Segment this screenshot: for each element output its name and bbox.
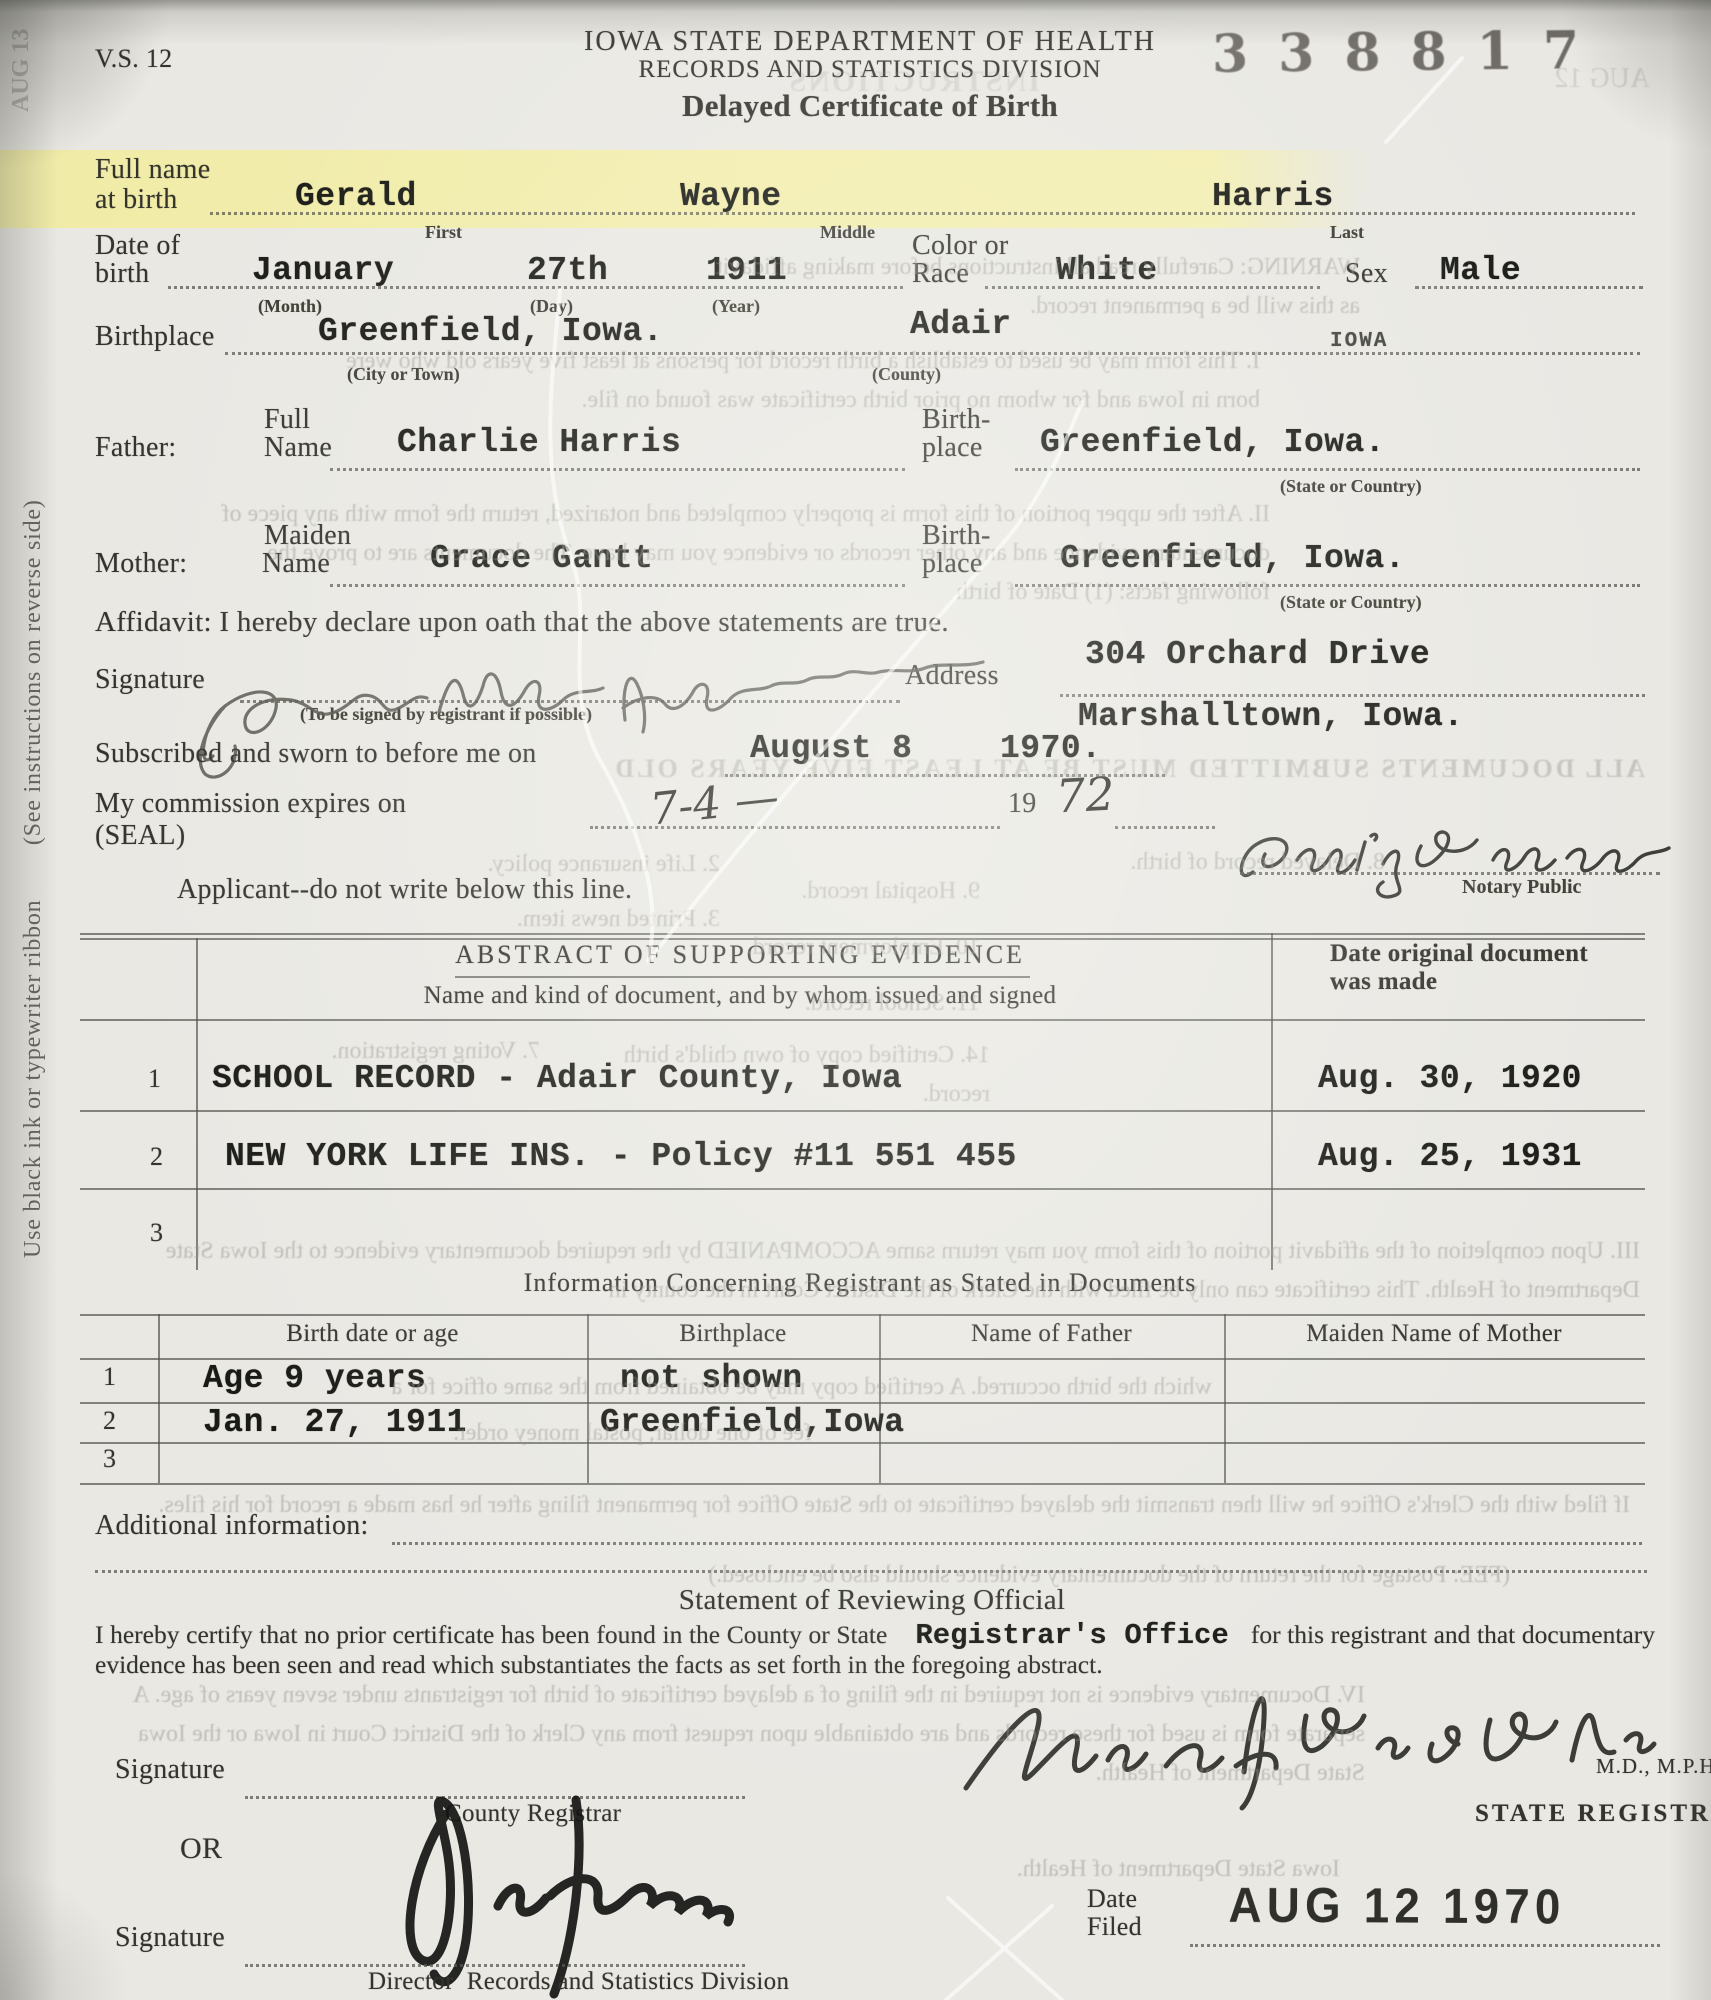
abstract-row-date: Aug. 25, 1931 (1318, 1138, 1582, 1175)
bleedthrough-text: 10. Employment record. (560, 928, 980, 967)
info-header-birthdate: Birth date or age (158, 1320, 587, 1348)
date-column-header-line1: Date original document (1330, 940, 1588, 968)
commission-year-prefix: 19 (1008, 788, 1037, 820)
father-birthplace-label-line2: place (922, 432, 983, 464)
commission-text: My commission expires on (95, 788, 406, 820)
address-line2-value: Marshalltown, Iowa. (1078, 698, 1464, 735)
info-header-mother: Maiden Name of Mother (1224, 1320, 1644, 1348)
birthplace-label: Birthplace (95, 321, 215, 353)
table-border (80, 1188, 1645, 1190)
bleedthrough-text: WARNING: Carefully read all instructions… (710, 248, 1360, 326)
bleedthrough-text: 9. Hospital record. (560, 872, 980, 911)
bleedthrough-text: INSTRUCTIONS (700, 58, 1040, 107)
dotted-line (1060, 694, 1645, 697)
bleedthrough-text: fee of one dollar, postal money order. (92, 1414, 812, 1453)
bleedthrough-text: 8. Delayed record of birth. (955, 843, 1385, 882)
dotted-line (590, 826, 1000, 829)
father-prefix: Father: (95, 432, 176, 464)
bleedthrough-text: AUG 12 (1500, 56, 1650, 101)
info-header-birthplace: Birthplace (587, 1320, 879, 1348)
date-filed-label-line2: Filed (1087, 1912, 1142, 1942)
bleedthrough-text: IV. Documentary evidence is not required… (95, 1676, 1365, 1793)
dotted-line (1190, 1944, 1660, 1947)
bleedthrough-text: 7. Voting registration. (120, 1032, 540, 1071)
scanned-birth-certificate: INSTRUCTIONS WARNING: Carefully read all… (0, 0, 1711, 2000)
bleedthrough-text: I. This form may be used to establish a … (300, 342, 1260, 420)
month-sublabel: (Month) (258, 296, 322, 317)
address-line1-value: 304 Orchard Drive (1085, 636, 1430, 673)
sex-value: Male (1440, 252, 1521, 289)
dotted-line (1415, 286, 1643, 289)
father-label-line2: Name (264, 432, 332, 464)
name-first-value: Gerald (295, 178, 417, 215)
reviewing-text-before: I hereby certify that no prior certifica… (95, 1620, 887, 1649)
director-label: Director Records and Statistics Division (368, 1968, 789, 1996)
father-birthplace-value: Greenfield, Iowa. (1040, 424, 1385, 461)
dotted-line (245, 1964, 745, 1967)
corner-date-stamp: AUG 13 (8, 29, 35, 112)
reviewing-office-typed: Registrar's Office (915, 1619, 1229, 1652)
seal-label: (SEAL) (95, 820, 185, 852)
date-column-header-line2: was made (1330, 968, 1437, 996)
form-number: V.S. 12 (95, 44, 173, 74)
abstract-row-number: 2 (150, 1142, 163, 1172)
credentials-label: M.D., M.P.H. (1596, 1754, 1711, 1779)
last-sublabel: Last (1330, 222, 1364, 243)
full-name-label-line2: at birth (95, 184, 178, 216)
full-name-label-line1: Full name (95, 154, 210, 186)
dotted-line (1015, 468, 1640, 471)
birthplace-state-note: IOWA (1330, 330, 1388, 353)
bleedthrough-text: (FEE: Postage for the return of the docu… (170, 1556, 1510, 1595)
name-middle-value: Wayne (680, 178, 782, 215)
mother-birthplace-sublabel: (State or Country) (1280, 592, 1422, 613)
dotted-line (1115, 826, 1215, 829)
bleedthrough-text: If filed with the Clerk's Office he will… (120, 1486, 1630, 1525)
abstract-row-document: NEW YORK LIFE INS. - Policy #11 551 455 (225, 1138, 1017, 1175)
abstract-row-date: Aug. 30, 1920 (1318, 1060, 1582, 1097)
middle-sublabel: Middle (820, 222, 875, 243)
or-label: OR (180, 1832, 222, 1866)
name-last-value: Harris (1212, 178, 1334, 215)
signature-label-2: Signature (115, 1922, 225, 1954)
table-border (196, 938, 198, 1270)
bleedthrough-text: ALL DOCUMENTS SUBMITTED MUST BE AT LEAST… (400, 748, 1645, 790)
notary-public-label: Notary Public (1462, 876, 1581, 899)
dotted-line (392, 1542, 1642, 1545)
margin-note: Use black ink or typewriter ribbon (See … (20, 499, 47, 1258)
bleedthrough-text: III. Upon completion of the affidavit po… (92, 1232, 1640, 1310)
bleedthrough-text: Iowa State Department of Health. (900, 1850, 1340, 1889)
signature-label: Signature (95, 664, 205, 696)
dotted-line (210, 212, 1635, 215)
bleedthrough-text: 14. Certified copy of own child's birth … (560, 1036, 990, 1114)
table-border (80, 1314, 1645, 1316)
first-sublabel: First (425, 222, 462, 243)
title-underline (455, 976, 1030, 978)
birth-month-value: January (252, 252, 394, 289)
date-of-birth-label-line2: birth (95, 258, 149, 290)
birth-day-value: 27th (527, 252, 608, 289)
table-border (1271, 933, 1273, 1270)
table-border (80, 1483, 1645, 1485)
father-birthplace-sublabel: (State or Country) (1280, 476, 1422, 497)
department-title: IOWA STATE DEPARTMENT OF HEALTH (470, 26, 1270, 58)
bleedthrough-text: which the birth occurred. A certified co… (92, 1368, 1212, 1407)
dotted-line (330, 468, 905, 471)
father-name-value: Charlie Harris (397, 424, 681, 461)
info-header-father: Name of Father (879, 1320, 1224, 1348)
state-registrar-label: STATE REGISTRAR (1475, 1800, 1711, 1828)
bleedthrough-text: II. After the upper portion of this form… (170, 495, 1270, 612)
bleedthrough-text: 11. School record. (560, 984, 980, 1023)
